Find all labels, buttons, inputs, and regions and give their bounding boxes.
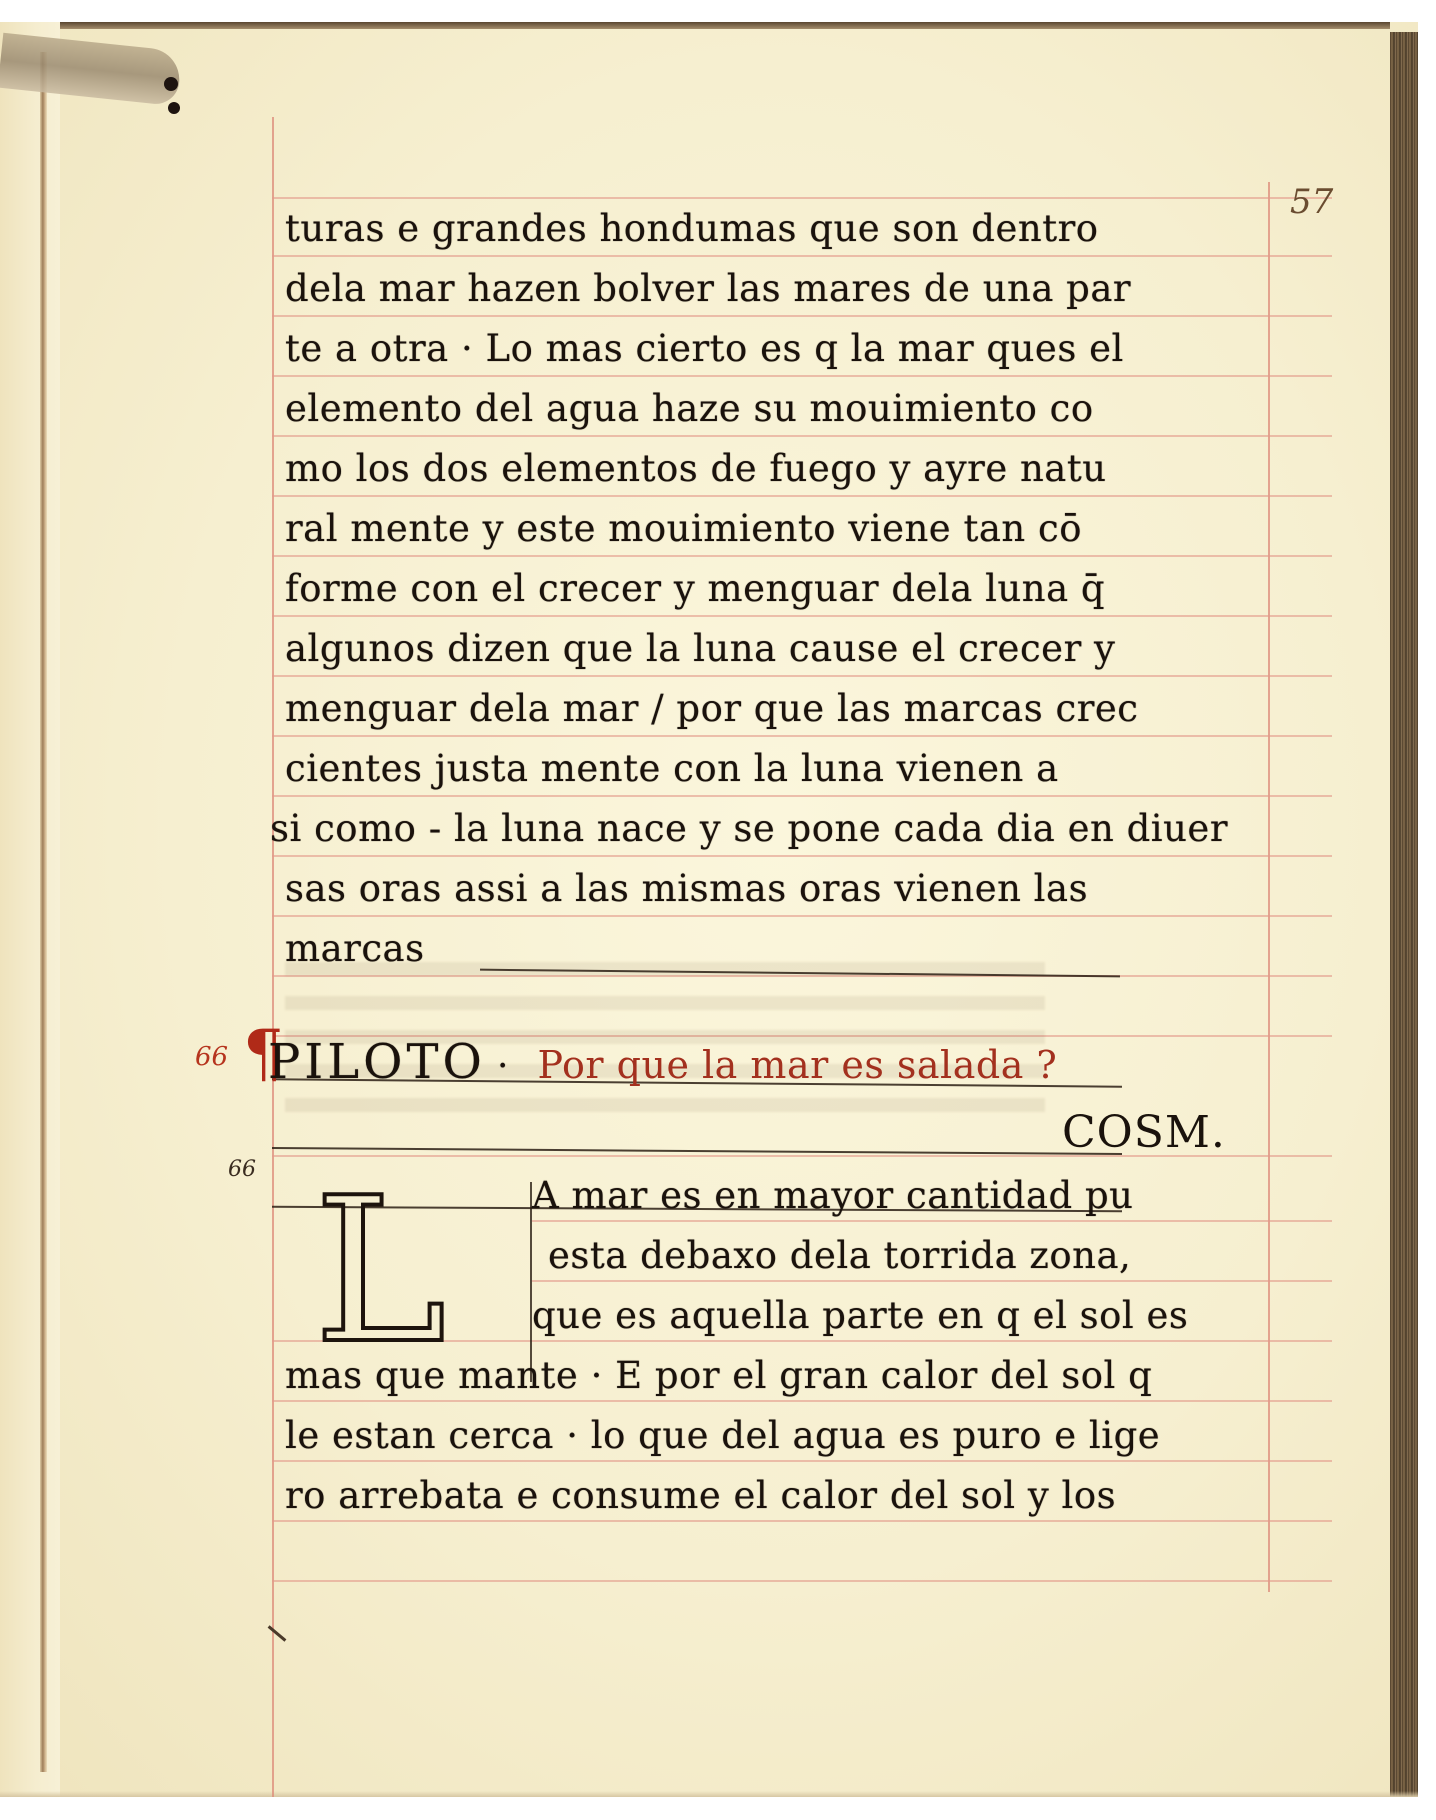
margin-number-ink: 66 — [228, 1157, 256, 1182]
page-bottom-edge — [0, 1791, 1418, 1797]
text-line: menguar dela mar / por que las marcas cr… — [285, 687, 1115, 731]
speaker-piloto: PILOTO — [268, 1034, 486, 1090]
ruling-line — [272, 315, 1332, 317]
ruling-line — [272, 435, 1332, 437]
ruling-line — [272, 255, 1332, 257]
binding-fold — [40, 52, 47, 1772]
stray-pen-mark — [268, 1625, 287, 1641]
ruling-line — [272, 615, 1332, 617]
text-line: sas oras assi a las mismas oras vienen l… — [285, 867, 1115, 911]
text-line: que es aquella parte en q el sol es — [532, 1294, 1112, 1338]
text-line: cientes justa mente con la luna vienen a — [285, 747, 1115, 791]
ruling-line — [272, 1460, 1332, 1462]
ruling-line — [272, 1400, 1332, 1402]
speaker-cosmografo: COSM. — [1062, 1107, 1226, 1158]
rubric-question: Por que la mar es salada ? — [538, 1043, 1058, 1087]
ruling-line — [532, 1280, 1332, 1282]
text-line: forme con el crecer y menguar dela luna … — [285, 567, 1115, 611]
page-top-edge — [60, 22, 1390, 29]
ruling-line — [272, 855, 1332, 857]
folio-number: 57 — [1290, 182, 1333, 222]
ruling-right-margin — [1268, 182, 1270, 1592]
text-line: esta debaxo dela torrida zona, — [548, 1234, 1128, 1278]
text-line: si como - la luna nace y se pone cada di… — [270, 807, 1100, 851]
rubric-heading: PILOTO · Por que la mar es salada ? — [268, 1034, 1057, 1090]
ruling-line — [272, 795, 1332, 797]
text-line: mo los dos elementos de fuego y ayre nat… — [285, 447, 1115, 491]
text-line: algunos dizen que la luna cause el crece… — [285, 627, 1115, 671]
text-line: dela mar hazen bolver las mares de una p… — [285, 267, 1115, 311]
ruling-line — [272, 915, 1332, 917]
text-line: marcas — [285, 927, 1115, 971]
ruling-line — [272, 555, 1332, 557]
ruling-left-margin — [272, 117, 274, 1797]
text-line: ral mente y este mouimiento viene tan cō — [285, 507, 1115, 551]
binding-gutter — [0, 22, 60, 1797]
rubric-separator: · — [497, 1046, 512, 1087]
drop-cap-letter: L — [300, 1182, 460, 1362]
ruling-line — [272, 1580, 1332, 1582]
page-fore-edge — [1390, 32, 1418, 1797]
ruling-line — [272, 495, 1332, 497]
text-line: te a otra · Lo mas cierto es q la mar qu… — [285, 327, 1115, 371]
text-line: A mar es en mayor cantidad pu — [532, 1174, 1112, 1218]
text-line: mas que mante · E por el gran calor del … — [285, 1354, 1115, 1398]
ruling-line — [272, 375, 1332, 377]
ink-blot — [164, 77, 178, 91]
margin-number-red: 66 — [195, 1042, 228, 1072]
manuscript-page: 57 turas e grandes hondumas que son dent… — [0, 22, 1418, 1797]
text-line: turas e grandes hondumas que son dentro — [285, 207, 1115, 251]
ruling-line — [272, 675, 1332, 677]
text-line: le estan cerca · lo que del agua es puro… — [285, 1414, 1115, 1458]
text-line: elemento del agua haze su mouimiento co — [285, 387, 1115, 431]
ink-blot — [168, 102, 180, 114]
text-line: ro arrebata e consume el calor del sol y… — [285, 1474, 1115, 1518]
ruling-line — [272, 197, 1332, 199]
ruling-line — [532, 1220, 1332, 1222]
ink-underline — [272, 1147, 1122, 1155]
ruling-line — [272, 1520, 1332, 1522]
ruling-line — [272, 735, 1332, 737]
